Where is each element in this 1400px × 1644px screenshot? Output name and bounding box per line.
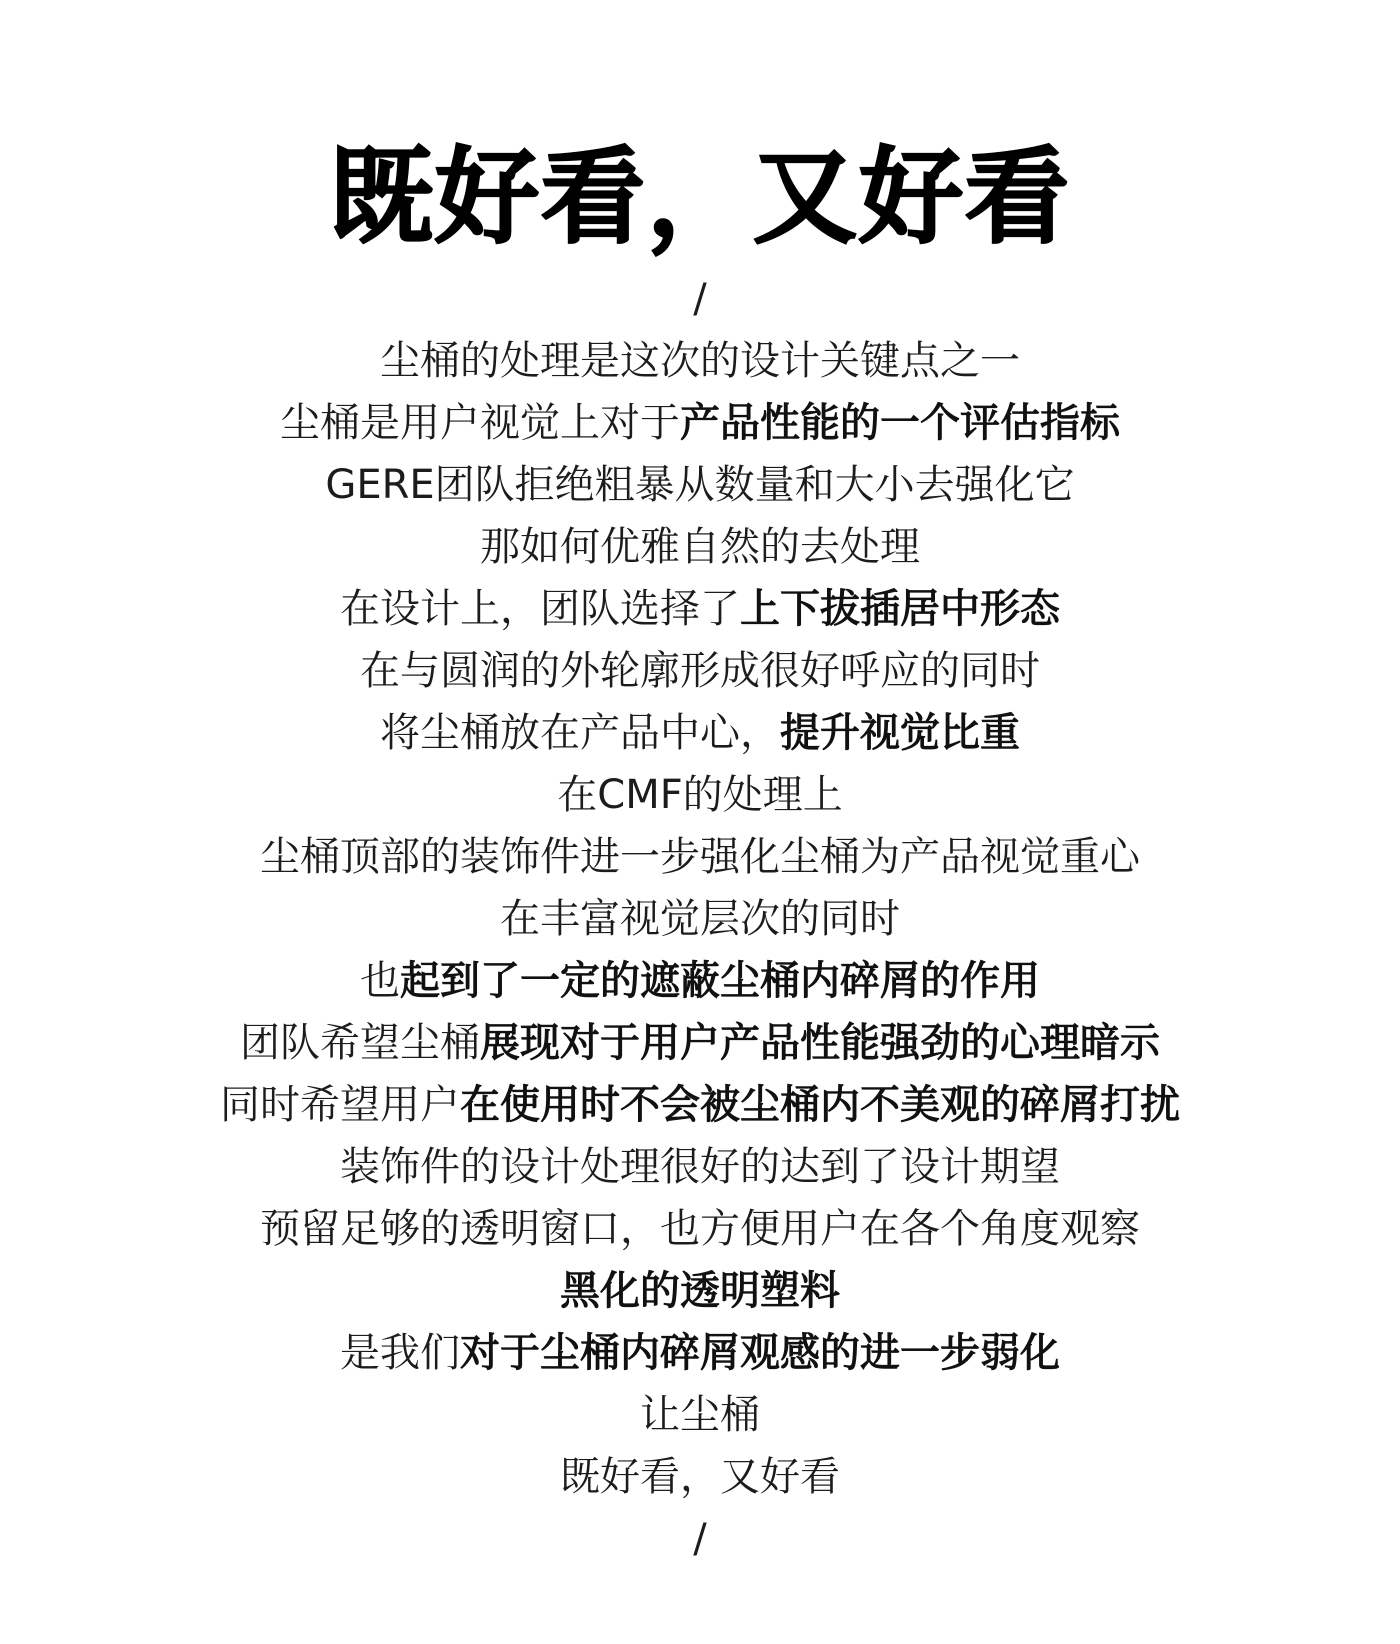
page-title: 既好看，又好看: [0, 132, 1400, 262]
text-segment: 尘桶的处理是这次的设计关键点之一: [380, 338, 1020, 384]
text-segment-bold: 产品性能的一个评估指标: [680, 400, 1120, 446]
text-line-7: 将尘桶放在产品中心，提升视觉比重: [0, 702, 1400, 764]
text-line-11: 也起到了一定的遮蔽尘桶内碎屑的作用: [0, 950, 1400, 1012]
text-segment: 让尘桶: [640, 1392, 760, 1438]
text-segment: GERE团队拒绝粗暴从数量和大小去强化它: [325, 462, 1074, 508]
divider-slash-top: /: [0, 268, 1400, 330]
text-line-2: 尘桶是用户视觉上对于产品性能的一个评估指标: [0, 392, 1400, 454]
text-segment-bold: 对于尘桶内碎屑观感的进一步弱化: [460, 1330, 1060, 1376]
text-segment-bold: 黑化的透明塑料: [560, 1268, 840, 1314]
text-segment: 将尘桶放在产品中心，: [380, 710, 780, 756]
text-segment: 在CMF的处理上: [557, 772, 842, 818]
text-segment-bold: 提升视觉比重: [780, 710, 1020, 756]
text-line-4: 那如何优雅自然的去处理: [0, 516, 1400, 578]
text-line-8: 在CMF的处理上: [0, 764, 1400, 826]
text-segment: 那如何优雅自然的去处理: [480, 524, 920, 570]
text-line-17: 是我们对于尘桶内碎屑观感的进一步弱化: [0, 1322, 1400, 1384]
text-line-10: 在丰富视觉层次的同时: [0, 888, 1400, 950]
text-line-6: 在与圆润的外轮廓形成很好呼应的同时: [0, 640, 1400, 702]
text-segment-bold: 上下拔插居中形态: [740, 586, 1060, 632]
text-line-19: 既好看，又好看: [0, 1446, 1400, 1508]
text-line-1: 尘桶的处理是这次的设计关键点之一: [0, 330, 1400, 392]
text-segment: 尘桶是用户视觉上对于: [280, 400, 680, 446]
text-line-16: 黑化的透明塑料: [0, 1260, 1400, 1322]
text-line-18: 让尘桶: [0, 1384, 1400, 1446]
text-line-13: 同时希望用户在使用时不会被尘桶内不美观的碎屑打扰: [0, 1074, 1400, 1136]
text-segment: 是我们: [340, 1330, 460, 1376]
text-segment-bold: 展现对于用户产品性能强劲的心理暗示: [480, 1020, 1160, 1066]
text-line-12: 团队希望尘桶展现对于用户产品性能强劲的心理暗示: [0, 1012, 1400, 1074]
text-segment: 也: [360, 958, 400, 1004]
text-segment: 预留足够的透明窗口，也方便用户在各个角度观察: [260, 1206, 1140, 1252]
divider-slash-bottom: /: [0, 1508, 1400, 1570]
text-segment-bold: 在使用时不会被尘桶内不美观的碎屑打扰: [460, 1082, 1180, 1128]
text-segment: 在与圆润的外轮廓形成很好呼应的同时: [360, 648, 1040, 694]
text-segment: 装饰件的设计处理很好的达到了设计期望: [340, 1144, 1060, 1190]
text-segment: 在设计上，团队选择了: [340, 586, 740, 632]
text-segment: 团队希望尘桶: [240, 1020, 480, 1066]
article-body: / 尘桶的处理是这次的设计关键点之一 尘桶是用户视觉上对于产品性能的一个评估指标…: [0, 268, 1400, 1570]
text-segment: 同时希望用户: [220, 1082, 460, 1128]
text-segment-bold: 起到了一定的遮蔽尘桶内碎屑的作用: [400, 958, 1040, 1004]
text-segment: 既好看，又好看: [560, 1454, 840, 1500]
text-line-14: 装饰件的设计处理很好的达到了设计期望: [0, 1136, 1400, 1198]
text-line-15: 预留足够的透明窗口，也方便用户在各个角度观察: [0, 1198, 1400, 1260]
text-line-5: 在设计上，团队选择了上下拔插居中形态: [0, 578, 1400, 640]
text-line-3: GERE团队拒绝粗暴从数量和大小去强化它: [0, 454, 1400, 516]
text-line-9: 尘桶顶部的装饰件进一步强化尘桶为产品视觉重心: [0, 826, 1400, 888]
text-segment: 在丰富视觉层次的同时: [500, 896, 900, 942]
text-segment: 尘桶顶部的装饰件进一步强化尘桶为产品视觉重心: [260, 834, 1140, 880]
